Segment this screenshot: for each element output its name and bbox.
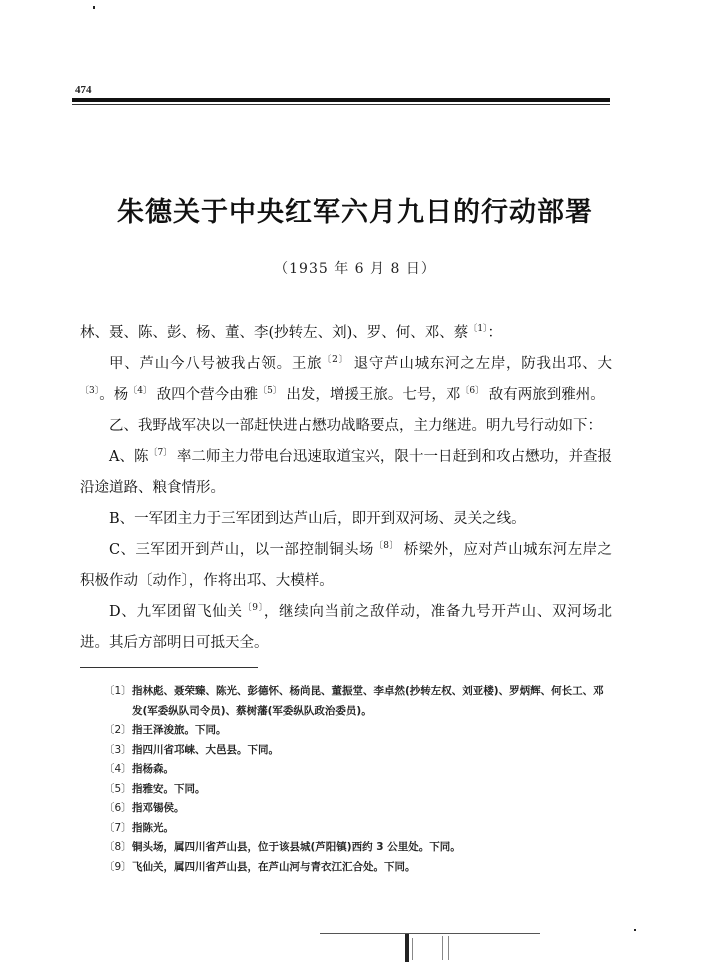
- footnote-item: 〔9〕飞仙关，属四川省芦山县，在芦山河与青衣江汇合处。下同。: [104, 858, 614, 878]
- body-paragraph: 甲、芦山今八号被我占领。王旅〔2〕 退守芦山城东河之左岸，防我出邛、大〔3〕。杨…: [80, 349, 612, 411]
- footnote-ref: 〔9〕: [243, 603, 264, 613]
- body-paragraph: A、陈〔7〕 率二师主力带电台迅速取道宝兴，限十一日赶到和攻占懋功，并查报沿途道…: [80, 442, 612, 504]
- footnotes: 〔1〕指林彪、聂荣臻、陈光、彭德怀、杨尚昆、董振堂、李卓然(抄转左权、刘亚楼)、…: [104, 682, 614, 877]
- footnote-number: 〔4〕: [104, 760, 132, 780]
- footnote-number: 〔9〕: [104, 858, 132, 878]
- scan-artifact: [405, 934, 409, 962]
- addressee-line: 林、聂、陈、彭、杨、董、李(抄转左、刘)、罗、何、邓、蔡〔1〕：: [80, 318, 612, 349]
- footnote-ref: 〔4〕: [128, 386, 152, 396]
- footnote-text: 指杨森。: [132, 760, 614, 780]
- page-number: 474: [75, 84, 92, 96]
- scan-artifact: [448, 936, 449, 960]
- paragraphs: 甲、芦山今八号被我占领。王旅〔2〕 退守芦山城东河之左岸，防我出邛、大〔3〕。杨…: [80, 349, 612, 659]
- footnote-ref: 〔2〕: [322, 355, 348, 365]
- footnote-ref: 〔3〕: [80, 386, 99, 396]
- footnote-number: 〔2〕: [104, 721, 132, 741]
- header-rule-thin: [72, 104, 610, 105]
- footnote-number: 〔5〕: [104, 780, 132, 800]
- footnote-item: 〔1〕指林彪、聂荣臻、陈光、彭德怀、杨尚昆、董振堂、李卓然(抄转左权、刘亚楼)、…: [104, 682, 614, 721]
- scan-artifact: [320, 933, 540, 934]
- footnote-text: 指四川省邛崃、大邑县。下同。: [132, 741, 614, 761]
- footnote-text: 指王泽浚旅。下同。: [132, 721, 614, 741]
- scan-artifact: [634, 929, 636, 931]
- body-paragraph: B、一军团主力于三军团到达芦山后，即开到双河场、灵关之线。: [80, 504, 612, 535]
- footnote-ref: 〔8〕: [374, 541, 399, 551]
- header-rule: [72, 98, 610, 102]
- document-title: 朱德关于中央红军六月九日的行动部署: [0, 190, 710, 229]
- footnote-text: 指邓锡侯。: [132, 799, 614, 819]
- scan-artifact: [93, 6, 95, 9]
- body-paragraph: D、九军团留飞仙关〔9〕，继续向当前之敌佯动，准备九号开芦山、双河场北进。其后方…: [80, 597, 612, 659]
- footnote-text: 指陈光。: [132, 819, 614, 839]
- footnote-item: 〔7〕指陈光。: [104, 819, 614, 839]
- footnote-number: 〔1〕: [104, 682, 132, 721]
- footnote-ref: 〔1〕: [468, 324, 487, 334]
- footnote-item: 〔2〕指王泽浚旅。下同。: [104, 721, 614, 741]
- footnote-number: 〔7〕: [104, 819, 132, 839]
- scan-artifact: [442, 936, 443, 960]
- body-paragraph: 乙、我野战军决以一部赶快进占懋功战略要点，主力继进。明九号行动如下：: [80, 411, 612, 442]
- footnote-number: 〔8〕: [104, 838, 132, 858]
- document-date: （1935 年 6 月 8 日）: [0, 258, 710, 278]
- footnote-item: 〔3〕指四川省邛崃、大邑县。下同。: [104, 741, 614, 761]
- footnote-text: 铜头场，属四川省芦山县，位于该县城(芦阳镇)西约 3 公里处。下同。: [132, 838, 614, 858]
- body-paragraph: C、三军团开到芦山，以一部控制铜头场〔8〕 桥梁外，应对芦山城东河左岸之积极作动…: [80, 535, 612, 597]
- footnote-item: 〔6〕指邓锡侯。: [104, 799, 614, 819]
- scan-artifact: [412, 938, 413, 960]
- footnote-number: 〔3〕: [104, 741, 132, 761]
- footnote-text: 指林彪、聂荣臻、陈光、彭德怀、杨尚昆、董振堂、李卓然(抄转左权、刘亚楼)、罗炳辉…: [132, 682, 614, 721]
- footnote-number: 〔6〕: [104, 799, 132, 819]
- footnote-item: 〔8〕铜头场，属四川省芦山县，位于该县城(芦阳镇)西约 3 公里处。下同。: [104, 838, 614, 858]
- footnote-divider: [80, 667, 258, 668]
- footnote-text: 指雅安。下同。: [132, 780, 614, 800]
- footnote-text: 飞仙关，属四川省芦山县，在芦山河与青衣江汇合处。下同。: [132, 858, 614, 878]
- footnote-ref: 〔5〕: [258, 386, 282, 396]
- document-body: 林、聂、陈、彭、杨、董、李(抄转左、刘)、罗、何、邓、蔡〔1〕： 甲、芦山今八号…: [80, 318, 612, 659]
- footnote-ref: 〔7〕: [149, 448, 173, 458]
- footnote-item: 〔4〕指杨森。: [104, 760, 614, 780]
- footnote-item: 〔5〕指雅安。下同。: [104, 780, 614, 800]
- footnote-ref: 〔6〕: [460, 386, 484, 396]
